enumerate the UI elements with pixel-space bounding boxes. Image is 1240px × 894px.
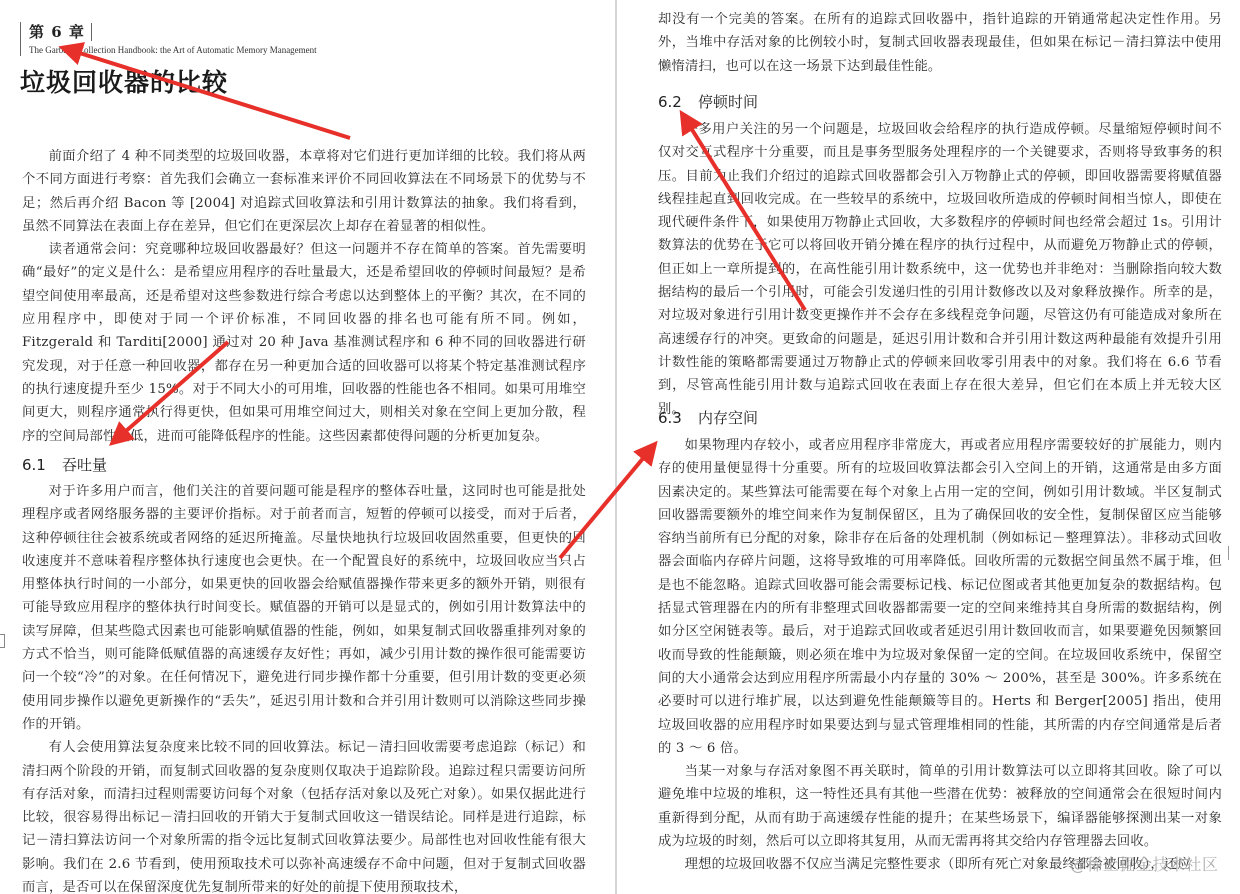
chapter-title: 垃圾回收器的比较 [20,66,228,100]
section-6-1-paragraph-2: 有人会使用算法复杂度来比较不同的回收算法。标记－清扫回收需要考虑追踪（标记）和清… [22,736,586,894]
section-6-1-paragraph-1: 对于许多用户而言，他们关注的首要问题可能是程序的整体吞吐量，这同时也可能是批处理… [22,480,586,736]
continuation-paragraph: 却没有一个完美的答案。在所有的追踪式回收器中，指针追踪的开销通常起决定性作用。另… [658,8,1222,78]
section-6-3-text: 如果物理内存较小，或者应用程序非常庞大，再或者应用程序需要较好的扩展能力，则内存… [658,434,1222,877]
section-6-3-paragraph-1: 如果物理内存较小，或者应用程序非常庞大，再或者应用程序需要较好的扩展能力，则内存… [658,434,1222,760]
page-edge-mark [1228,546,1229,560]
intro-paragraph-1: 前面介绍了 4 种不同类型的垃圾回收器，本章将对它们进行更加详细的比较。我们将从… [22,145,586,238]
section-title: 停顿时间 [698,93,758,111]
section-title: 内存空间 [698,409,758,427]
intro-text: 前面介绍了 4 种不同类型的垃圾回收器，本章将对它们进行更加详细的比较。我们将从… [22,145,586,448]
chapter-label: 第 6 章 [29,23,92,41]
section-title: 吞吐量 [62,456,107,474]
section-heading-6-1: 6.1吞吐量 [22,455,107,475]
section-number: 6.3 [658,408,698,428]
section-6-1-text: 对于许多用户而言，他们关注的首要问题可能是程序的整体吞吐量，这同时也可能是批处理… [22,480,586,894]
intro-paragraph-2: 读者通常会问：究竟哪种垃圾回收器最好？但这一问题并不存在简单的答案。首先需要明确… [22,238,586,448]
chapter-header: 第 6 章 The Garbage Collection Handbook: t… [20,22,317,56]
page-edge-mark [0,634,5,648]
section-heading-6-3: 6.3内存空间 [658,408,758,428]
section-number: 6.1 [22,455,62,475]
continuation-text: 却没有一个完美的答案。在所有的追踪式回收器中，指针追踪的开销通常起决定性作用。另… [658,8,1222,78]
chapter-subtitle: The Garbage Collection Handbook: the Art… [29,44,317,56]
section-number: 6.2 [658,92,698,112]
watermark: @稀土掘金技术社区 [1070,852,1219,875]
left-book-page: 第 6 章 The Garbage Collection Handbook: t… [0,0,615,894]
section-heading-6-2: 6.2停顿时间 [658,92,758,112]
section-6-2-paragraph-1: 许多用户关注的另一个问题是，垃圾回收会给程序的执行造成停顿。尽量缩短停顿时间不仅… [658,118,1222,421]
section-6-2-text: 许多用户关注的另一个问题是，垃圾回收会给程序的执行造成停顿。尽量缩短停顿时间不仅… [658,118,1222,421]
section-6-3-paragraph-2: 当某一对象与存活对象图不再关联时，简单的引用计数算法可以立即将其回收。除了可以避… [658,760,1222,853]
